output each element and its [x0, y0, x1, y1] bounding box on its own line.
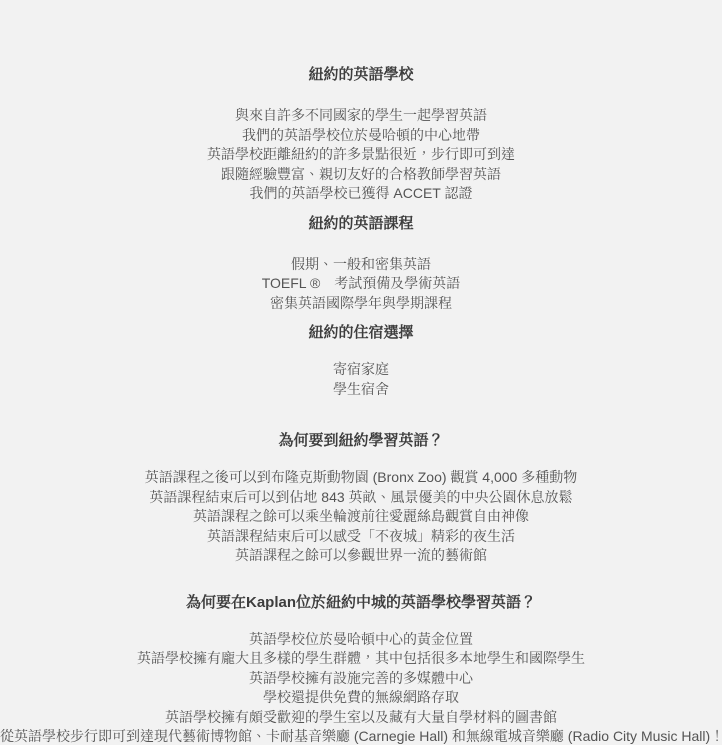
section-lines: 與來自許多不同國家的學生一起學習英語 我們的英語學校位於曼哈頓的中心地帶 英語學…	[0, 106, 722, 204]
text-line: 寄宿家庭	[0, 360, 722, 380]
section-heading: 紐約的住宿選擇	[0, 323, 722, 343]
section-heading: 紐約的英語課程	[0, 214, 722, 234]
text-line: 學校還提供免費的無線網路存取	[0, 688, 722, 708]
text-line: 英語課程結束后可以感受「不夜城」精彩的夜生活	[0, 527, 722, 547]
text-line: 我們的英語學校已獲得 ACCET 認證	[0, 184, 722, 204]
text-line: 密集英語國際學年與學期課程	[0, 294, 722, 314]
text-line: 英語課程之餘可以乘坐輪渡前往愛麗絲島觀賞自由神像	[0, 507, 722, 527]
text-line: 跟隨經驗豐富、親切友好的合格教師學習英語	[0, 165, 722, 185]
section-accommodation-ny: 紐約的住宿選擇 寄宿家庭 學生宿舍	[0, 323, 722, 399]
text-line: 英語學校擁有龐大且多樣的學生群體，其中包括很多本地學生和國際學生	[0, 649, 722, 669]
section-english-school-ny: 紐約的英語學校 與來自許多不同國家的學生一起學習英語 我們的英語學校位於曼哈頓的…	[0, 65, 722, 204]
section-english-courses-ny: 紐約的英語課程 假期、一般和密集英語 TOEFL ® 考試預備及學術英語 密集英…	[0, 214, 722, 314]
text-line: 英語課程之後可以到布隆克斯動物園 (Bronx Zoo) 觀賞 4,000 多種…	[0, 468, 722, 488]
section-heading: 為何要在Kaplan位於紐約中城的英語學校學習英語？	[0, 593, 722, 613]
text-line: 學生宿舍	[0, 380, 722, 400]
section-heading: 紐約的英語學校	[0, 65, 722, 85]
text-line: 從英語學校步行即可到達現代藝術博物館、卡耐基音樂廳 (Carnegie Hall…	[0, 727, 722, 745]
text-line: TOEFL ® 考試預備及學術英語	[0, 274, 722, 294]
section-lines: 英語學校位於曼哈頓中心的黃金位置 英語學校擁有龐大且多樣的學生群體，其中包括很多…	[0, 630, 722, 745]
text-line: 英語學校位於曼哈頓中心的黃金位置	[0, 630, 722, 650]
section-lines: 英語課程之後可以到布隆克斯動物園 (Bronx Zoo) 觀賞 4,000 多種…	[0, 468, 722, 566]
text-line: 與來自許多不同國家的學生一起學習英語	[0, 106, 722, 126]
text-line: 英語課程之餘可以參觀世界一流的藝術館	[0, 546, 722, 566]
school-info-page: 紐約的英語學校 與來自許多不同國家的學生一起學習英語 我們的英語學校位於曼哈頓的…	[0, 0, 722, 745]
text-line: 我們的英語學校位於曼哈頓的中心地帶	[0, 126, 722, 146]
section-heading: 為何要到紐約學習英語？	[0, 431, 722, 451]
section-lines: 假期、一般和密集英語 TOEFL ® 考試預備及學術英語 密集英語國際學年與學期…	[0, 255, 722, 314]
section-lines: 寄宿家庭 學生宿舍	[0, 360, 722, 399]
text-line: 假期、一般和密集英語	[0, 255, 722, 275]
text-line: 英語課程結束后可以到佔地 843 英畝、風景優美的中央公園休息放鬆	[0, 488, 722, 508]
section-why-kaplan-midtown: 為何要在Kaplan位於紐約中城的英語學校學習英語？ 英語學校位於曼哈頓中心的黃…	[0, 593, 722, 745]
text-line: 英語學校擁有設施完善的多媒體中心	[0, 669, 722, 689]
text-line: 英語學校擁有頗受歡迎的學生室以及藏有大量自學材料的圖書館	[0, 708, 722, 728]
text-line: 英語學校距離紐約的許多景點很近，步行即可到達	[0, 145, 722, 165]
section-why-study-in-ny: 為何要到紐約學習英語？ 英語課程之後可以到布隆克斯動物園 (Bronx Zoo)…	[0, 431, 722, 566]
